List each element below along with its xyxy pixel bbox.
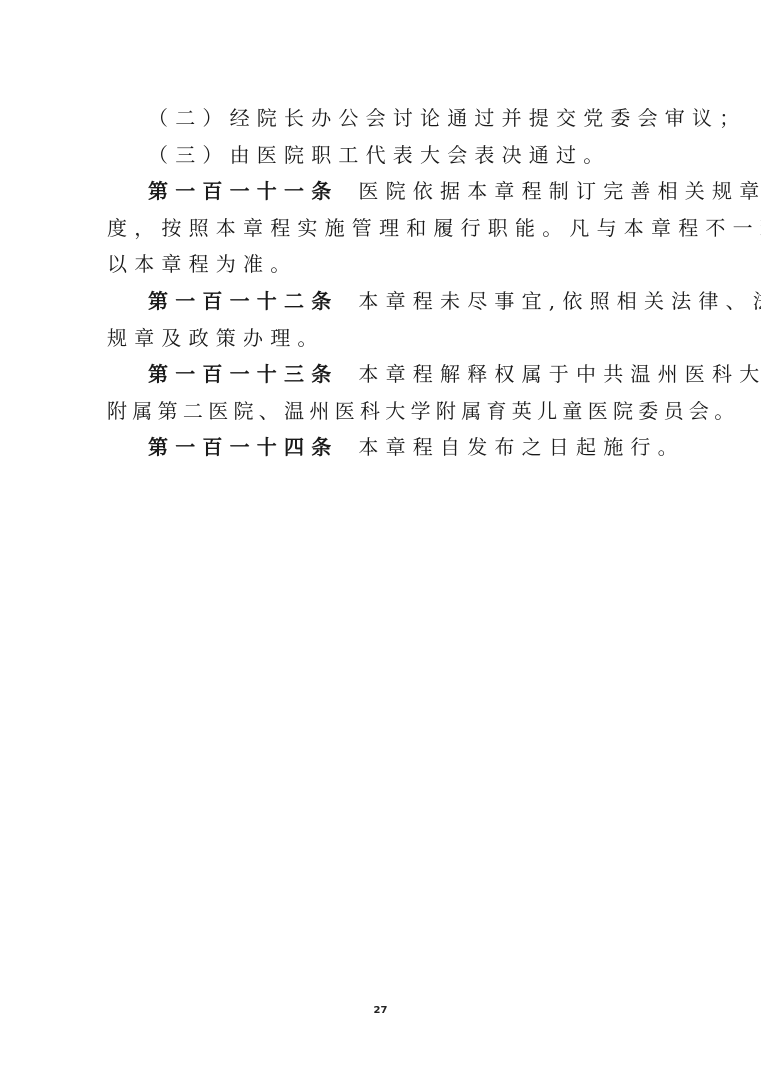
clause-text: （二）经院长办公会讨论通过并提交党委会审议； (148, 106, 746, 130)
article-113-line-2: 附属第二医院、温州医科大学附属育英儿童医院委员会。 (107, 393, 655, 430)
article-heading: 第一百一十四条 (148, 435, 338, 459)
document-page: （二）经院长办公会讨论通过并提交党委会审议； （三）由医院职工代表大会表决通过。… (0, 0, 761, 1080)
article-text: 本章程解释权属于中共温州医科大学 (358, 362, 761, 386)
article-112-first-line: 第一百一十二条本章程未尽事宜,依照相关法律、法规、 (107, 283, 655, 320)
article-113-first-line: 第一百一十三条本章程解释权属于中共温州医科大学 (107, 356, 655, 393)
article-111-first-line: 第一百一十一条医院依据本章程制订完善相关规章制 (107, 173, 655, 210)
page-number: 27 (0, 1005, 761, 1016)
clause-3: （三）由医院职工代表大会表决通过。 (107, 137, 655, 174)
article-text: 规章及政策办理。 (107, 326, 325, 350)
article-111-line-3: 以本章程为准。 (107, 246, 655, 283)
article-text: 附属第二医院、温州医科大学附属育英儿童医院委员会。 (107, 399, 740, 423)
article-heading: 第一百一十三条 (148, 362, 338, 386)
article-heading: 第一百一十一条 (148, 179, 338, 203)
article-text: 医院依据本章程制订完善相关规章制 (358, 179, 761, 203)
clause-2: （二）经院长办公会讨论通过并提交党委会审议； (107, 100, 655, 137)
document-body: （二）经院长办公会讨论通过并提交党委会审议； （三）由医院职工代表大会表决通过。… (107, 100, 655, 466)
article-112-line-2: 规章及政策办理。 (107, 320, 655, 357)
article-heading: 第一百一十二条 (148, 289, 338, 313)
article-111-line-2: 度，按照本章程实施管理和履行职能。凡与本章程不一致的， (107, 210, 655, 247)
clause-text: （三）由医院职工代表大会表决通过。 (148, 143, 610, 167)
article-text: 以本章程为准。 (107, 252, 297, 276)
article-114-first-line: 第一百一十四条本章程自发布之日起施行。 (107, 429, 655, 466)
article-text: 度，按照本章程实施管理和履行职能。凡与本章程不一致的， (107, 216, 761, 240)
article-text: 本章程未尽事宜,依照相关法律、法规、 (358, 289, 761, 313)
article-text: 本章程自发布之日起施行。 (358, 435, 684, 459)
